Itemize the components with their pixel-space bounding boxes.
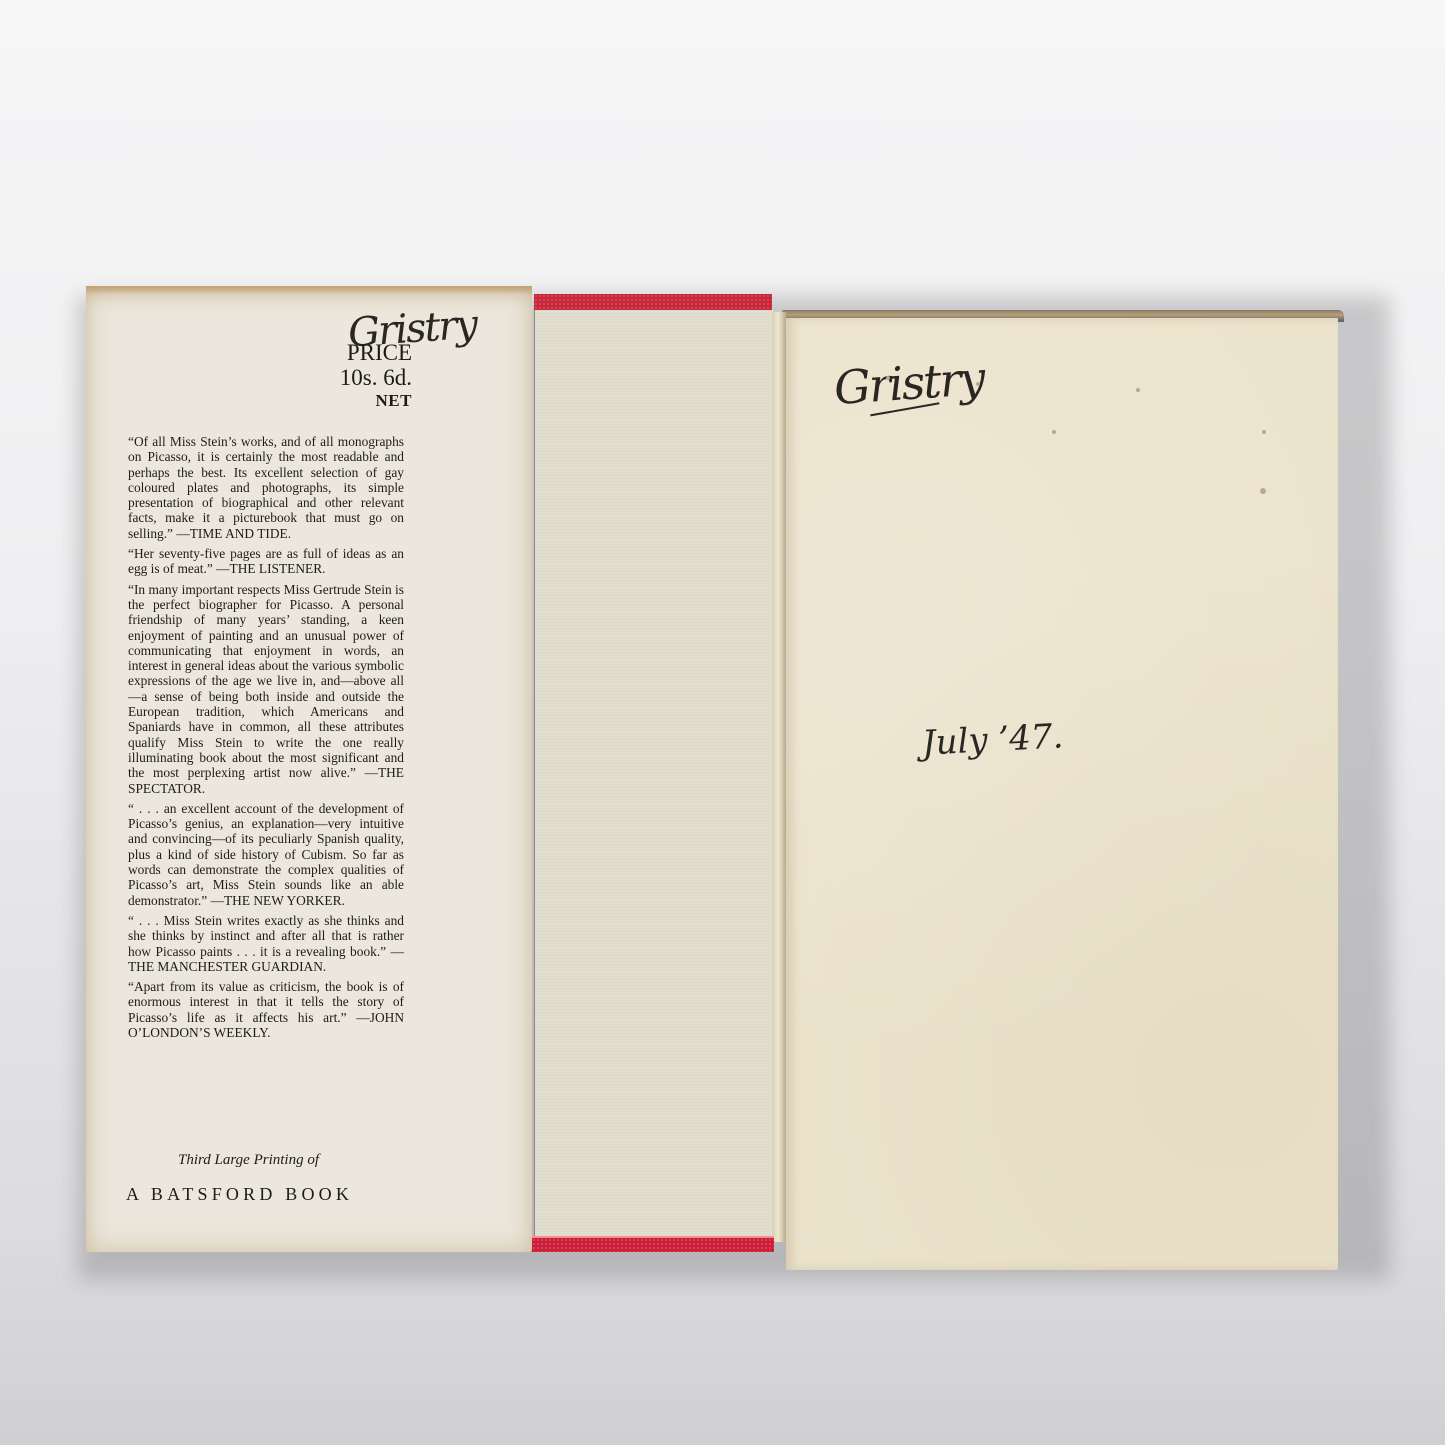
free-endpaper: Gristry July ’47.: [786, 318, 1338, 1270]
printing-note: Third Large Printing of: [178, 1152, 319, 1169]
foxing-spot: [1262, 430, 1266, 434]
foxing-spot: [976, 382, 980, 386]
review-quote: “Of all Miss Stein’s works, and of all m…: [128, 434, 404, 541]
review-source: —TIME AND TIDE.: [176, 526, 291, 541]
price-label: PRICE: [322, 340, 412, 365]
dust-jacket-flap: Gristry PRICE 10s. 6d. NET “Of all Miss …: [86, 286, 532, 1252]
review-the-new-yorker: “ . . . an excellent account of the deve…: [128, 801, 404, 908]
price-amount: 10s. 6d.: [322, 365, 412, 390]
foxing-spot: [1052, 430, 1056, 434]
gutter-hinge: [772, 312, 786, 1242]
review-the-spectator: “In many important respects Miss Gertrud…: [128, 582, 404, 796]
price-block: PRICE 10s. 6d. NET: [322, 340, 412, 412]
flap-top-stain: [86, 286, 532, 294]
review-source: —THE LISTENER.: [216, 561, 325, 576]
review-quote: “ . . . Miss Stein writes exactly as she…: [128, 913, 404, 959]
review-john-olondons-weekly: “Apart from its value as criticism, the …: [128, 979, 404, 1040]
foxing-spot: [886, 376, 890, 380]
price-qualifier: NET: [322, 390, 412, 412]
review-the-listener: “Her seventy-five pages are as full of i…: [128, 546, 404, 577]
review-manchester-guardian: “ . . . Miss Stein writes exactly as she…: [128, 913, 404, 974]
red-cloth-top-edge: [534, 294, 772, 310]
review-time-and-tide: “Of all Miss Stein’s works, and of all m…: [128, 434, 404, 541]
publisher-line: A BATSFORD BOOK: [126, 1184, 353, 1205]
review-source: —THE NEW YORKER.: [211, 893, 345, 908]
date-inscription: July ’47.: [921, 716, 1064, 763]
review-list: “Of all Miss Stein’s works, and of all m…: [128, 434, 404, 1045]
foxing-spot: [1260, 488, 1266, 494]
review-quote: “In many important respects Miss Gertrud…: [128, 582, 404, 781]
red-cloth-bottom-edge: [528, 1238, 774, 1252]
owner-signature-endpaper: Gristry: [832, 351, 985, 415]
foxing-spot: [1136, 388, 1140, 392]
review-quote: “ . . . an excellent account of the deve…: [128, 801, 404, 908]
front-pastedown: [534, 310, 773, 1238]
